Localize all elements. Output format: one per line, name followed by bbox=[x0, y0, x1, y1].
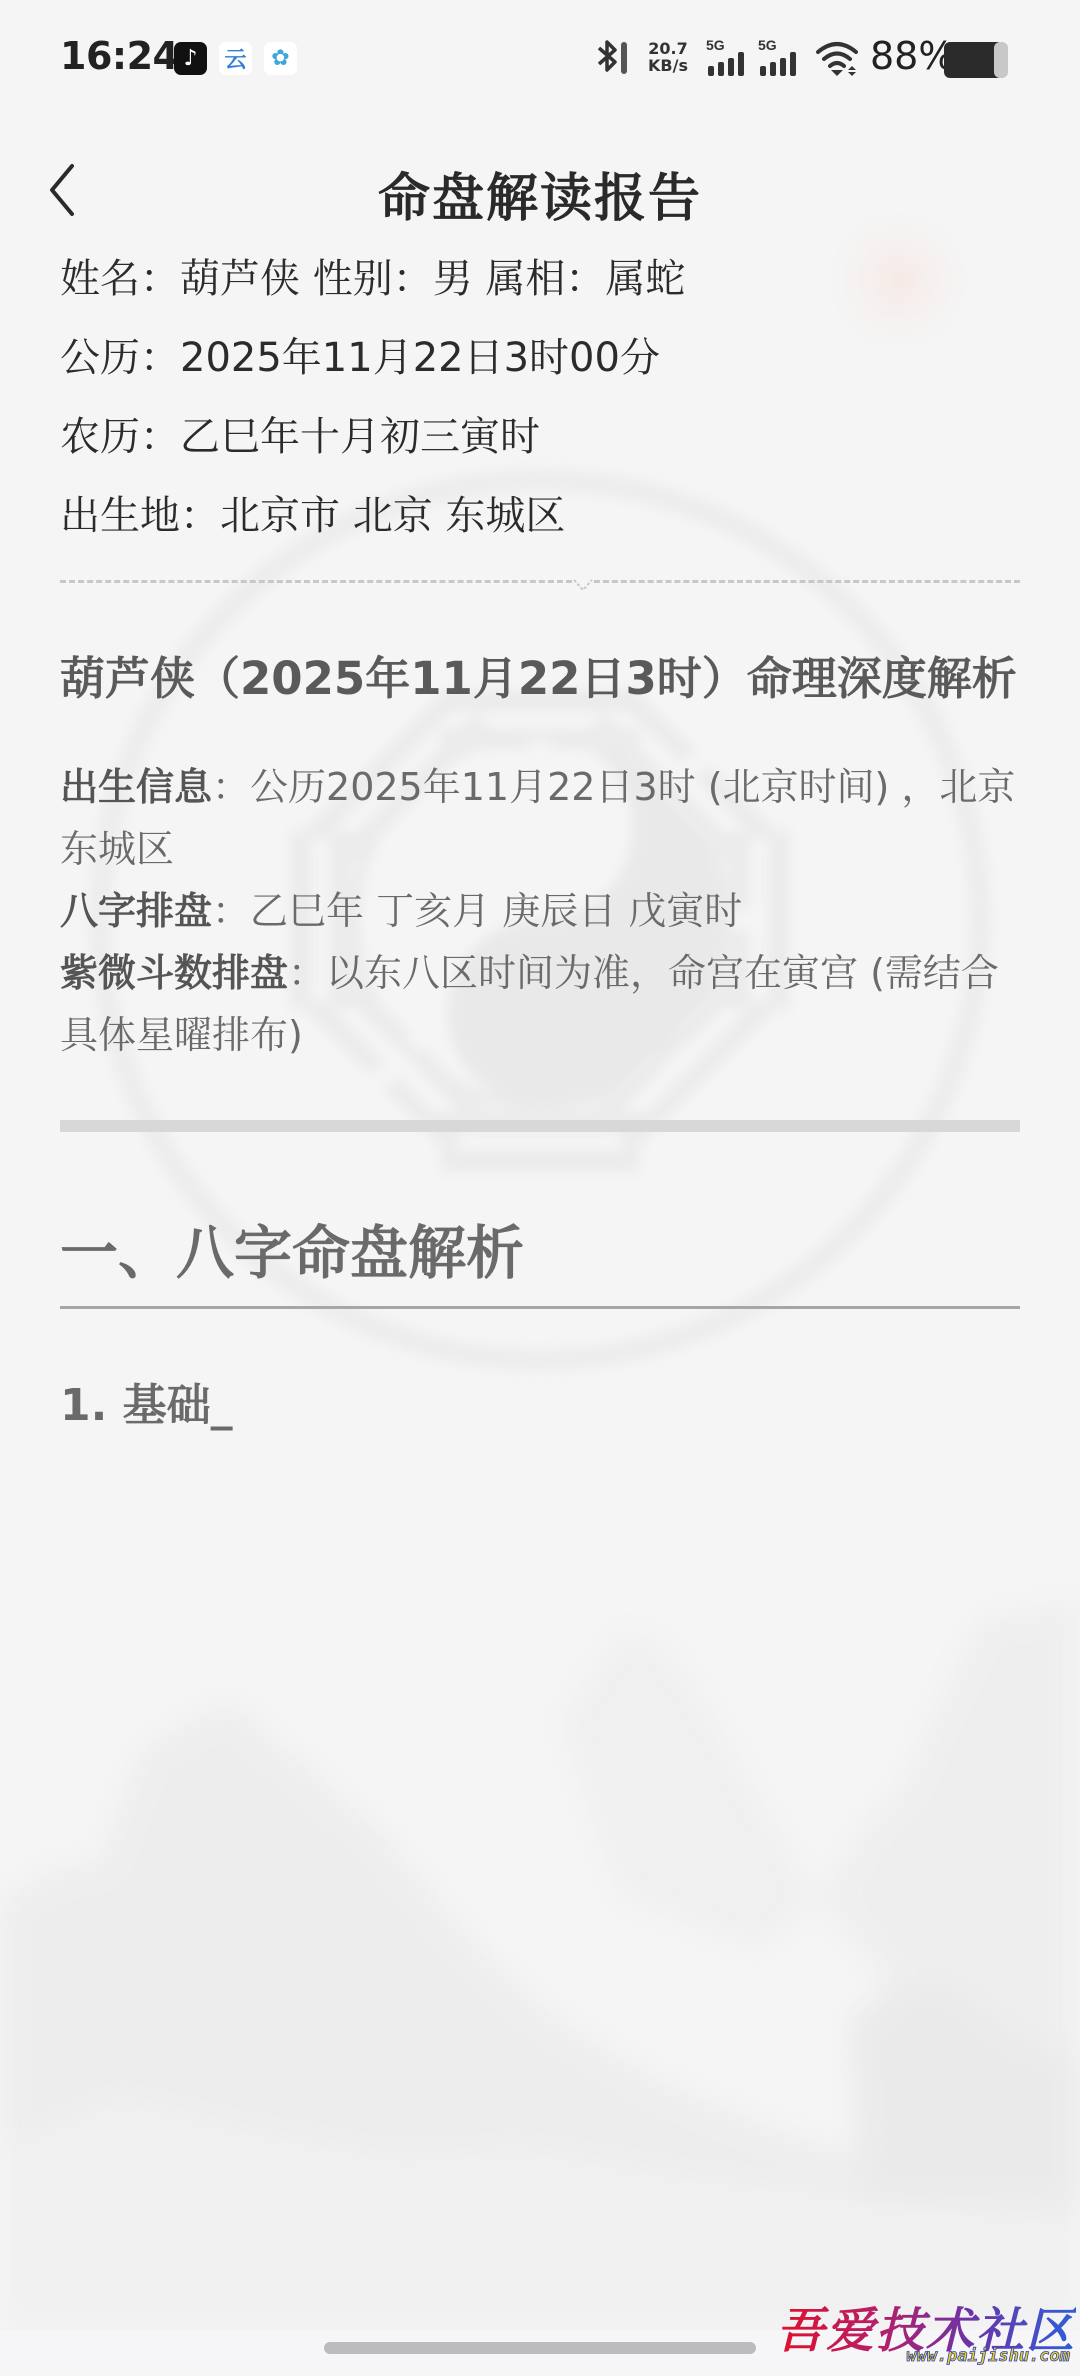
report-item-label: 八字排盘 bbox=[60, 889, 212, 933]
report-item-text: 乙巳年 丁亥月 庚辰日 戊寅时 bbox=[250, 889, 742, 933]
report-item-label: 出生信息 bbox=[60, 765, 212, 809]
battery-percent: 88% bbox=[870, 34, 954, 78]
svg-text:5G: 5G bbox=[706, 37, 725, 53]
flower-app-icon: ✿ bbox=[264, 42, 297, 75]
report-item-sep: ： bbox=[212, 765, 250, 809]
divider-right bbox=[594, 580, 1020, 583]
network-speed-unit: KB/s bbox=[648, 57, 688, 74]
report-item-sep: ： bbox=[288, 951, 326, 995]
report-title: 葫芦侠（2025年11月22日3时）命理深度解析 bbox=[60, 644, 1020, 714]
section-divider bbox=[60, 1120, 1020, 1132]
navigation-header: 命盘解读报告 bbox=[0, 140, 1080, 240]
profile-name-gender-zodiac: 姓名：葫芦侠 性别：男 属相：属蛇 bbox=[60, 240, 1020, 319]
home-indicator[interactable] bbox=[324, 2342, 756, 2354]
report-item-ziwei: 紫微斗数排盘：以东八区时间为准，命宫在寅宫 (需结合具体星曜排布) bbox=[60, 942, 1020, 1066]
report-item-bazi: 八字排盘：乙巳年 丁亥月 庚辰日 戊寅时 bbox=[60, 880, 1020, 942]
wifi-icon bbox=[815, 36, 861, 80]
report-summary: 出生信息：公历2025年11月22日3时 (北京时间) ，北京东城区 八字排盘：… bbox=[60, 756, 1020, 1066]
tiktok-icon: ♪ bbox=[174, 42, 207, 75]
signal-icon: 5G bbox=[758, 36, 798, 80]
dotted-divider bbox=[60, 570, 1020, 600]
report-item-label: 紫微斗数排盘 bbox=[60, 951, 288, 995]
section-heading: 一、八字命盘解析 bbox=[60, 1220, 1020, 1309]
svg-text:5G: 5G bbox=[758, 37, 777, 53]
divider-left bbox=[60, 580, 572, 583]
report-item-sep: ： bbox=[212, 889, 250, 933]
cloud-app-icon: 云 bbox=[219, 42, 252, 75]
profile-birthplace: 出生地：北京市 北京 东城区 bbox=[60, 477, 1020, 556]
battery-icon bbox=[944, 42, 1014, 78]
profile-solar-date: 公历：2025年11月22日3时00分 bbox=[60, 319, 1020, 398]
sub-heading-streaming: 1. 基础_ bbox=[60, 1369, 1020, 1433]
profile-lunar-date: 农历：乙巳年十月初三寅时 bbox=[60, 398, 1020, 477]
watermark-url: www.paijishu.com bbox=[906, 2346, 1070, 2366]
signal-icon: 5G bbox=[706, 36, 746, 80]
network-speed-value: 20.7 bbox=[648, 40, 688, 57]
divider-notch-icon bbox=[572, 578, 594, 594]
report-item-birth-info: 出生信息：公历2025年11月22日3时 (北京时间) ，北京东城区 bbox=[60, 756, 1020, 880]
status-bar: 16:24 ♪ 云 ✿ 20.7 KB/s 5G 5G bbox=[0, 0, 1080, 120]
watermark-logo: 吾爱技术社区 www.paijishu.com bbox=[776, 2292, 1076, 2372]
status-time: 16:24 bbox=[60, 34, 178, 78]
report-content: 姓名：葫芦侠 性别：男 属相：属蛇 公历：2025年11月22日3时00分 农历… bbox=[60, 240, 1020, 1433]
bluetooth-icon bbox=[595, 36, 629, 80]
network-speed: 20.7 KB/s bbox=[648, 40, 688, 84]
page-title: 命盘解读报告 bbox=[0, 156, 1080, 231]
